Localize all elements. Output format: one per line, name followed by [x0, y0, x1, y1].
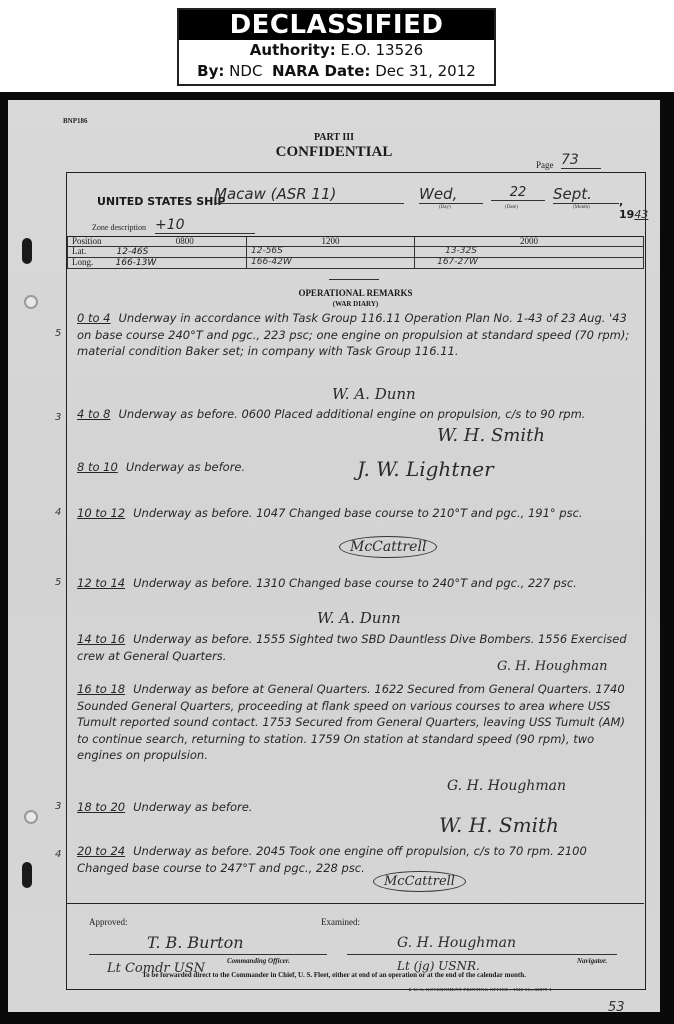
part-heading: PART III: [8, 132, 660, 143]
page-number: 73: [561, 152, 601, 169]
war-diary-form: UNITED STATES SHIP Macaw (ASR 11) Wed, (…: [66, 172, 646, 990]
ship-label: UNITED STATES SHIP: [97, 195, 226, 208]
date-field: 22: [491, 185, 545, 201]
archive-number: 53: [608, 1000, 625, 1015]
forwarding-instruction: To be forwarded direct to the Commander …: [8, 971, 660, 979]
diary-entry: 3 4 to 8Underway as before. 0600 Placed …: [77, 406, 632, 423]
signature: G. H. Houghman: [447, 778, 566, 794]
examined-label: Examined:: [321, 917, 360, 927]
printer-imprint: ★ U. S. GOVERNMENT PRINTING OFFICE : 194…: [408, 987, 552, 993]
approved-label: Approved:: [89, 917, 128, 927]
position-table: Position 0800 1200 2000 Lat. 12-46S 12-5…: [67, 236, 644, 269]
table-row: Lat. 12-46S 12-56S 13-32S: [68, 247, 644, 258]
signature: W. A. Dunn: [317, 609, 401, 627]
punch-hole-icon: [24, 810, 38, 824]
diary-entry: 4 20 to 24Underway as before. 2045 Took …: [77, 843, 632, 876]
signature: McCattrell: [339, 536, 437, 558]
scanned-document: BNP186 PART III CONFIDENTIAL Page 73 UNI…: [0, 92, 674, 1024]
signature: W. H. Smith: [437, 425, 545, 446]
diary-entry: 8 to 10Underway as before.: [77, 459, 632, 476]
date-caption: (Date): [505, 205, 518, 210]
signature-line: [347, 954, 617, 955]
diary-entry: 5 0 to 4Underway in accordance with Task…: [77, 310, 632, 360]
binder-slot-icon: [22, 862, 32, 888]
signature: G. H. Houghman: [497, 659, 607, 674]
binder-slot-icon: [22, 238, 32, 264]
day-caption: (Day): [439, 205, 451, 210]
diary-entry: 4 10 to 12Underway as before. 1047 Chang…: [77, 505, 632, 522]
divider: [329, 279, 379, 280]
stamp-authority: Authority: E.O. 13526: [179, 40, 494, 61]
remarks-subtitle: (WAR DIARY): [67, 300, 644, 308]
diary-entry: 5 12 to 14Underway as before. 1310 Chang…: [77, 575, 632, 592]
signature-line: [89, 954, 327, 955]
day-field: Wed,: [419, 185, 483, 204]
zone-label: Zone description: [92, 223, 146, 232]
zone-value: +10: [155, 217, 255, 234]
co-caption: Commanding Officer.: [227, 957, 290, 965]
table-header-row: Position 0800 1200 2000: [68, 237, 644, 247]
divider: [67, 903, 644, 904]
stamp-by-date: By: NDC NARA Date: Dec 31, 2012: [179, 61, 494, 82]
month-field: Sept.: [553, 185, 619, 204]
signature: McCattrell: [373, 871, 466, 892]
diary-entry: 16 to 18Underway as before at General Qu…: [77, 681, 632, 764]
declassified-stamp: DECLASSIFIED Authority: E.O. 13526 By: N…: [177, 8, 496, 86]
signature: W. A. Dunn: [332, 385, 416, 403]
form-code: BNP186: [63, 117, 88, 125]
ship-name: Macaw (ASR 11): [214, 185, 404, 204]
year-field: , 1943: [619, 195, 648, 221]
signature: W. H. Smith: [439, 813, 559, 837]
punch-hole-icon: [24, 295, 38, 309]
page-label: Page: [536, 160, 554, 170]
co-signature: T. B. Burton: [147, 933, 244, 952]
paper-sheet: BNP186 PART III CONFIDENTIAL Page 73 UNI…: [8, 100, 660, 1012]
stamp-title: DECLASSIFIED: [179, 10, 494, 40]
navigator-signature: G. H. Houghman: [397, 935, 516, 951]
table-row: Long. 166-13W 166-42W 167-27W: [68, 258, 644, 269]
month-caption: (Month): [573, 205, 590, 210]
navigator-caption: Navigator.: [577, 957, 607, 965]
remarks-title: OPERATIONAL REMARKS: [67, 288, 644, 298]
signature: J. W. Lightner: [357, 457, 494, 481]
